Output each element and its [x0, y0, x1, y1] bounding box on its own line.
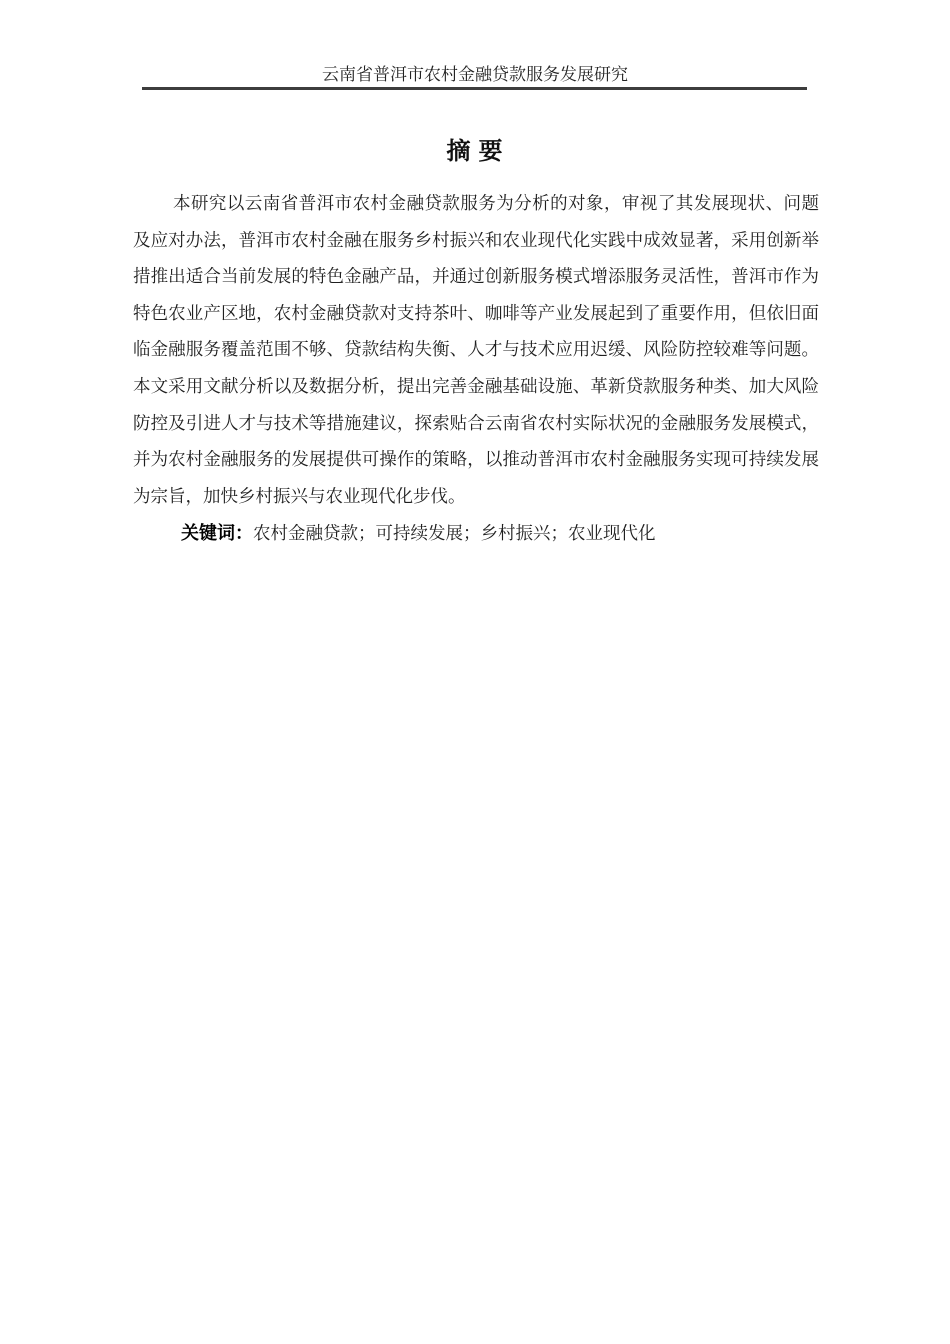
abstract-title: 摘 要 [0, 138, 950, 166]
abstract-body-paragraph: 本研究以云南省普洱市农村金融贷款服务为分析的对象，审视了其发展现状、问题及应对办… [133, 185, 819, 514]
keywords-text: 农村金融贷款；可持续发展；乡村振兴；农业现代化 [253, 523, 656, 543]
keywords-label: 关键词： [181, 523, 253, 543]
running-head-title: 云南省普洱市农村金融贷款服务发展研究 [0, 64, 950, 86]
document-page: 云南省普洱市农村金融贷款服务发展研究 摘 要 本研究以云南省普洱市农村金融贷款服… [0, 0, 950, 1344]
header-rule [142, 87, 807, 90]
keywords-line: 关键词：农村金融贷款；可持续发展；乡村振兴；农业现代化 [133, 515, 819, 552]
